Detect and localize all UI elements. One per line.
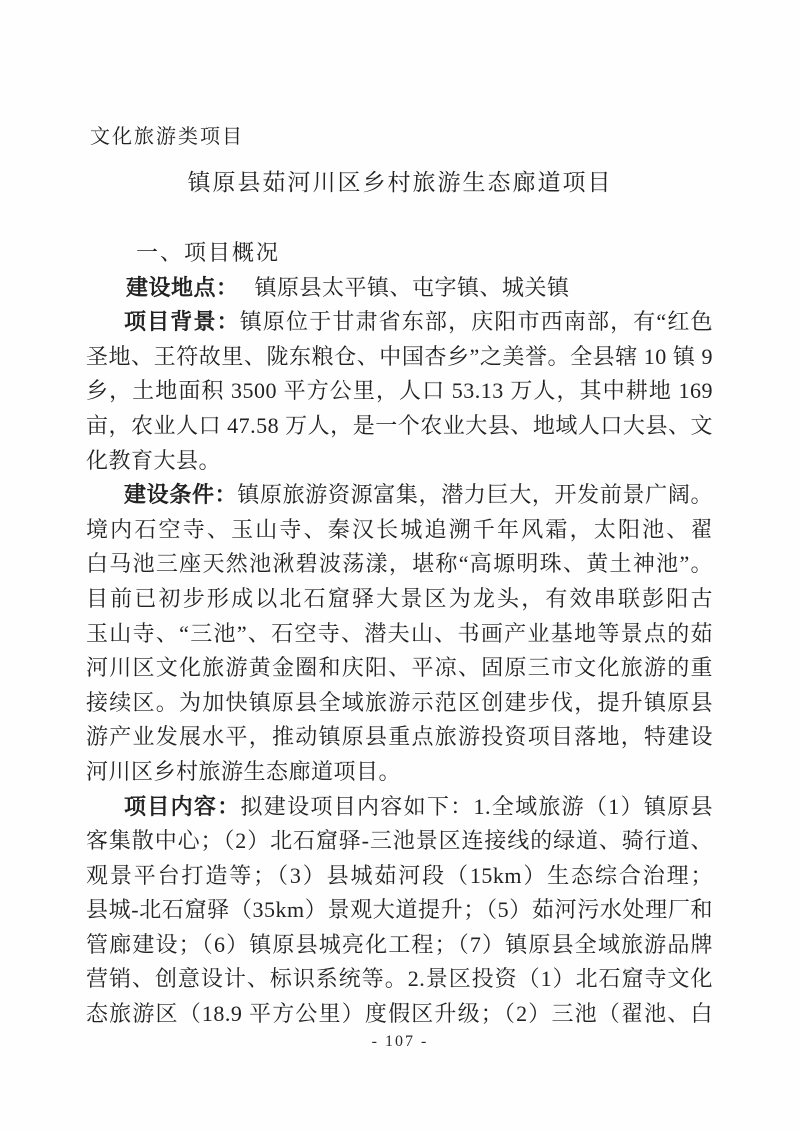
paragraph-content-line: 态旅游区（18.9 平方公里）度假区升级；（2）三池（翟池、白马 bbox=[86, 997, 713, 1032]
paragraph-conditions-line: 白马池三座天然池湫碧波荡漾，堪称“高塬明珠、黄土神池”。 bbox=[86, 547, 713, 582]
paragraph-content-line: 营销、创意设计、标识系统等。2.景区投资（1）北石窟寺文化生 bbox=[86, 962, 713, 997]
conditions-label: 建设条件： bbox=[124, 482, 237, 507]
background-line-text: 镇原位于甘肃省东部，庆阳市西南部，有“红色 bbox=[240, 309, 713, 334]
page-number: - 107 - bbox=[0, 1033, 800, 1051]
paragraph-conditions-line: 接续区。为加快镇原县全域旅游示范区创建步伐，提升镇原县旅 bbox=[86, 686, 713, 721]
location-label: 建设地点： bbox=[126, 275, 239, 300]
paragraph-conditions-line: 游产业发展水平，推动镇原县重点旅游投资项目落地，特建设茹 bbox=[86, 720, 713, 755]
paragraph-content-line: 管廊建设；（6）镇原县城亮化工程；（7）镇原县全域旅游品牌 bbox=[86, 928, 713, 963]
background-label: 项目背景： bbox=[124, 309, 240, 334]
section-heading: 一、项目概况 bbox=[86, 236, 713, 271]
paragraph-conditions-line: 建设条件：镇原旅游资源富集，潜力巨大，开发前景广阔。 bbox=[86, 478, 713, 513]
document-page: 文化旅游类项目 镇原县茹河川区乡村旅游生态廊道项目 一、项目概况 建设地点：镇原… bbox=[0, 0, 800, 1131]
category-header: 文化旅游类项目 bbox=[90, 120, 244, 149]
paragraph-conditions-line: 河川区文化旅游黄金圈和庆阳、平凉、固原三市文化旅游的重要 bbox=[86, 651, 713, 686]
paragraph-content-line: 客集散中心；（2）北石窟驿-三池景区连接线的绿道、骑行道、 bbox=[86, 824, 713, 859]
paragraph-background-line: 化教育大县。 bbox=[86, 444, 713, 479]
paragraph-content-line: 项目内容：拟建设项目内容如下：1.全域旅游（1）镇原县游 bbox=[86, 790, 713, 825]
paragraph-conditions-line: 河川区乡村旅游生态廊道项目。 bbox=[86, 755, 713, 790]
paragraph-background-line: 乡，土地面积 3500 平方公里，人口 53.13 万人，其中耕地 169 万 bbox=[86, 374, 713, 409]
paragraph-conditions-line: 目前已初步形成以北石窟驿大景区为龙头，有效串联彭阳古城、 bbox=[86, 582, 713, 617]
content-label: 项目内容： bbox=[124, 794, 241, 819]
document-title: 镇原县茹河川区乡村旅游生态廊道项目 bbox=[0, 164, 800, 197]
location-value: 镇原县太平镇、屯字镇、城关镇 bbox=[255, 275, 570, 300]
paragraph-content-line: 县城-北石窟驿（35km）景观大道提升；（5）茹河污水处理厂和 bbox=[86, 893, 713, 928]
paragraph-background-line: 亩，农业人口 47.58 万人，是一个农业大县、地域人口大县、文 bbox=[86, 409, 713, 444]
paragraph-location: 建设地点：镇原县太平镇、屯字镇、城关镇 bbox=[86, 271, 713, 306]
conditions-line-text: 镇原旅游资源富集，潜力巨大，开发前景广阔。 bbox=[237, 482, 713, 507]
paragraph-background-line: 圣地、王符故里、陇东粮仓、中国杏乡”之美誉。全县辖 10 镇 9 bbox=[86, 340, 713, 375]
document-body: 一、项目概况 建设地点：镇原县太平镇、屯字镇、城关镇 项目背景：镇原位于甘肃省东… bbox=[86, 236, 713, 1032]
paragraph-background-line: 项目背景：镇原位于甘肃省东部，庆阳市西南部，有“红色 bbox=[86, 305, 713, 340]
paragraph-conditions-line: 玉山寺、“三池”、石空寺、潜夫山、书画产业基地等景点的茹 bbox=[86, 617, 713, 652]
paragraph-conditions-line: 境内石空寺、玉山寺、秦汉长城追溯千年风霜，太阳池、翟池、 bbox=[86, 513, 713, 548]
paragraph-content-line: 观景平台打造等；（3）县城茹河段（15km）生态综合治理；（4） bbox=[86, 859, 713, 894]
